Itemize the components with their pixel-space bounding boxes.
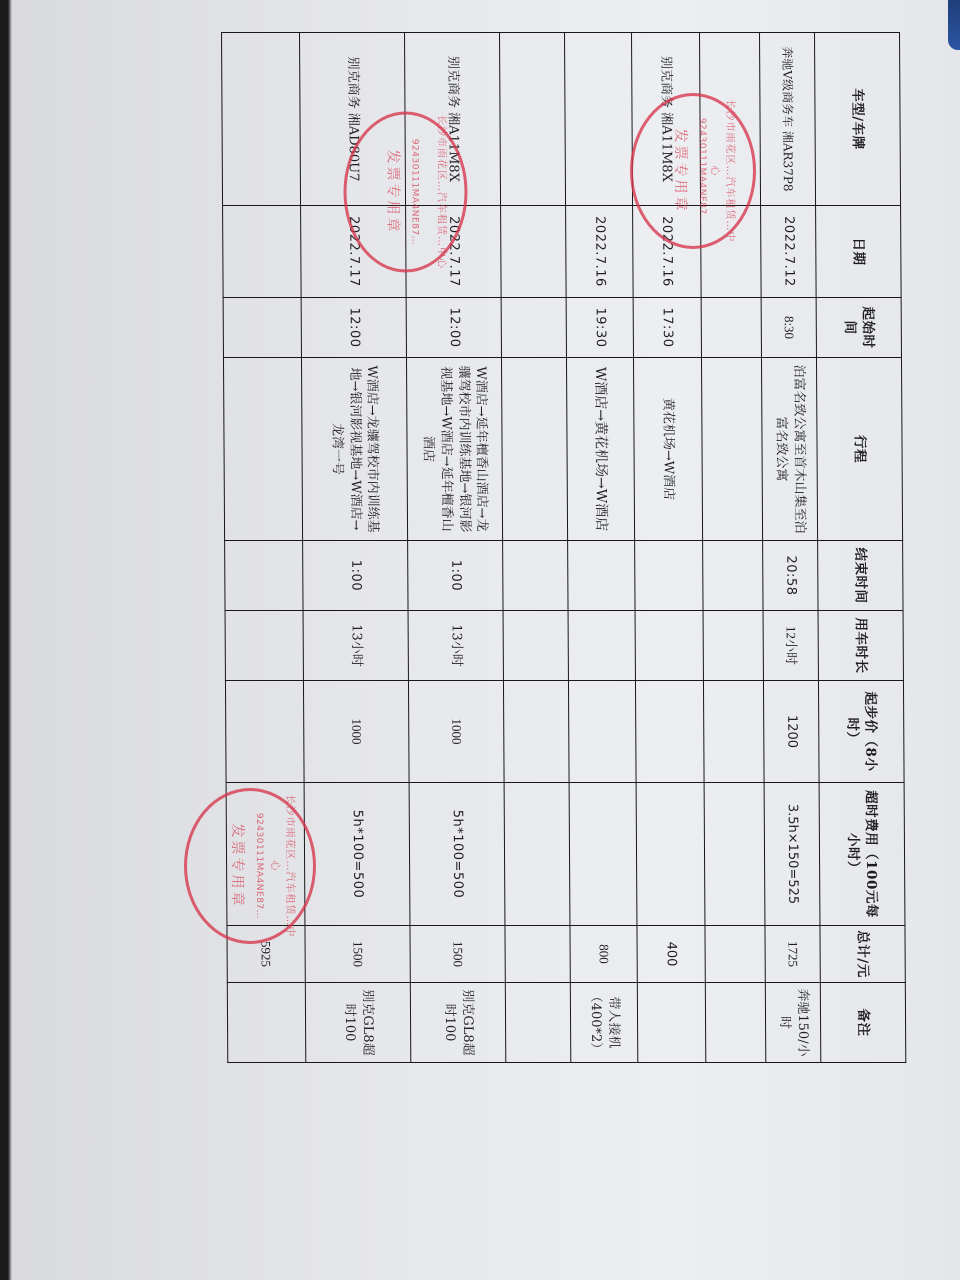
cell-route: W酒店→延年檀香山酒店→龙骧驾校市内训练基地→银河影视基地→W酒店→延年檀香山酒…: [406, 358, 502, 541]
cell-base-price: [703, 681, 764, 783]
cell-blank: [226, 783, 305, 926]
cell-vehicle: [500, 33, 566, 206]
rental-statement-table: 车型/车牌 日期 起始时间 行程 结束时间 用车时长 起步价（8小时） 超时费用…: [221, 32, 906, 1063]
cell-route: 黄花机场→W酒店: [633, 358, 702, 541]
cell-overtime-fee: [569, 783, 637, 926]
cell-duration: [635, 611, 703, 681]
cell-grand-total: 5925: [227, 926, 305, 983]
header-end-time: 结束时间: [818, 541, 903, 611]
cell-date: [701, 206, 762, 298]
cell-end-time: [568, 541, 635, 611]
header-note: 备注: [820, 983, 905, 1063]
cell-overtime-fee: 5h*100=500: [409, 783, 505, 926]
cell-start-time: [701, 298, 761, 358]
header-duration: 用车时长: [818, 611, 903, 681]
cell-vehicle: 奔驰V级商务车 湘AR37P8: [760, 33, 816, 206]
cell-base-price: 1000: [408, 681, 504, 783]
cell-vehicle: [565, 33, 633, 206]
cell-total: 400: [637, 926, 705, 983]
cell-total: [705, 926, 765, 983]
table-row-grand-total: 5925: [222, 33, 306, 1063]
cell-base-price: 1200: [763, 681, 819, 783]
cell-vehicle: 别克商务 湘A11M8X: [632, 33, 701, 206]
cell-date: [501, 206, 567, 298]
cell-blank: [223, 206, 302, 298]
cell-total: 1500: [410, 926, 505, 983]
cell-overtime-fee: 5h*100=500: [304, 783, 410, 926]
cell-blank: [223, 358, 302, 541]
header-date: 日期: [816, 206, 902, 298]
cell-duration: 12小时: [763, 611, 818, 681]
table-row: 2022.7.16 19:30 W酒店→黄花机场→W酒店 800 带人接机（40…: [565, 33, 638, 1063]
cell-base-price: [568, 681, 636, 783]
header-base-price: 起步价（8小时）: [818, 681, 904, 783]
cell-end-time: [503, 541, 568, 611]
cell-total: 1500: [305, 926, 410, 983]
cell-date: 2022.7.17: [406, 206, 502, 298]
header-route: 行程: [816, 358, 902, 541]
rental-statement-sheet: 车型/车牌 日期 起始时间 行程 结束时间 用车时长 起步价（8小时） 超时费用…: [222, 32, 906, 1062]
cell-vehicle: 别克商务 湘A11M8X: [405, 33, 501, 206]
cell-date: 2022.7.12: [761, 206, 817, 298]
cell-blank: [225, 541, 303, 611]
cell-note: 带人接机（400*2）: [570, 983, 637, 1063]
header-overtime-fee: 超时费用（100元每小时）: [819, 783, 905, 926]
header-total: 总计/元: [820, 926, 905, 983]
table-row-empty: [500, 33, 571, 1063]
cell-route: 泊富名致公寓至首木山集至泊富名致公寓: [761, 358, 817, 541]
cell-start-time: 12:00: [406, 298, 501, 358]
header-vehicle: 车型/车牌: [815, 33, 901, 206]
cell-route: W酒店→龙骧驾校市内训练基地→银河影视基地→W酒店→龙湾一号: [301, 358, 407, 541]
cell-base-price: [503, 681, 569, 783]
cell-note: 别克GL8超时100: [305, 983, 410, 1063]
cell-date: 2022.7.17: [301, 206, 407, 298]
cell-blank: [227, 983, 305, 1063]
cell-end-time: 1:00: [303, 541, 408, 611]
cell-overtime-fee: [704, 783, 765, 926]
cell-end-time: 1:00: [408, 541, 503, 611]
cell-blank: [222, 33, 301, 206]
table-row: 别克商务 湘A11M8X 2022.7.17 12:00 W酒店→延年檀香山酒店…: [405, 33, 506, 1063]
cell-end-time: [703, 541, 763, 611]
cell-note: [705, 983, 765, 1063]
table-row: 奔驰V级商务车 湘AR37P8 2022.7.12 8:30 泊富名致公寓至首木…: [760, 33, 821, 1063]
cell-duration: [503, 611, 568, 681]
cell-route: [501, 358, 567, 541]
cell-vehicle: [700, 33, 761, 206]
cell-route: W酒店→黄花机场→W酒店: [566, 358, 634, 541]
header-start-time: 起始时间: [816, 298, 901, 358]
cell-date: 2022.7.16: [566, 206, 634, 298]
cell-date: 2022.7.16: [633, 206, 702, 298]
cell-note: 奔驰150/小时: [765, 983, 820, 1063]
cell-base-price: 1000: [303, 681, 409, 783]
cell-start-time: 19:30: [566, 298, 633, 358]
cell-duration: [568, 611, 635, 681]
binder-clip-edge: [948, 0, 960, 50]
table-row: 别克商务 湘AD80U7 2022.7.17 12:00 W酒店→龙骧驾校市内训…: [300, 33, 411, 1063]
table-row-empty: [700, 33, 766, 1063]
cell-blank: [223, 298, 301, 358]
cell-total: 1725: [765, 926, 820, 983]
table-header-row: 车型/车牌 日期 起始时间 行程 结束时间 用车时长 起步价（8小时） 超时费用…: [815, 33, 906, 1063]
cell-end-time: 20:58: [763, 541, 818, 611]
cell-total: 800: [570, 926, 637, 983]
cell-blank: [225, 681, 304, 783]
cell-duration: 13小时: [408, 611, 503, 681]
cell-overtime-fee: [636, 783, 705, 926]
cell-start-time: 17:30: [633, 298, 701, 358]
cell-note: 别克GL8超时100: [410, 983, 505, 1063]
cell-start-time: [501, 298, 566, 358]
cell-duration: 13小时: [303, 611, 408, 681]
cell-note: [505, 983, 570, 1063]
cell-start-time: 12:00: [301, 298, 406, 358]
cell-route: [701, 358, 762, 541]
cell-overtime-fee: [504, 783, 570, 926]
cell-base-price: [635, 681, 704, 783]
cell-start-time: 8:30: [761, 298, 816, 358]
cell-blank: [225, 611, 303, 681]
table-row: 别克商务 湘A11M8X 2022.7.16 17:30 黄花机场→W酒店 40…: [632, 33, 706, 1063]
cell-end-time: [635, 541, 703, 611]
cell-note: [637, 983, 705, 1063]
cell-overtime-fee: 3.5h×150=525: [764, 783, 820, 926]
cell-total: [505, 926, 570, 983]
cell-duration: [703, 611, 763, 681]
cell-vehicle: 别克商务 湘AD80U7: [300, 33, 406, 206]
